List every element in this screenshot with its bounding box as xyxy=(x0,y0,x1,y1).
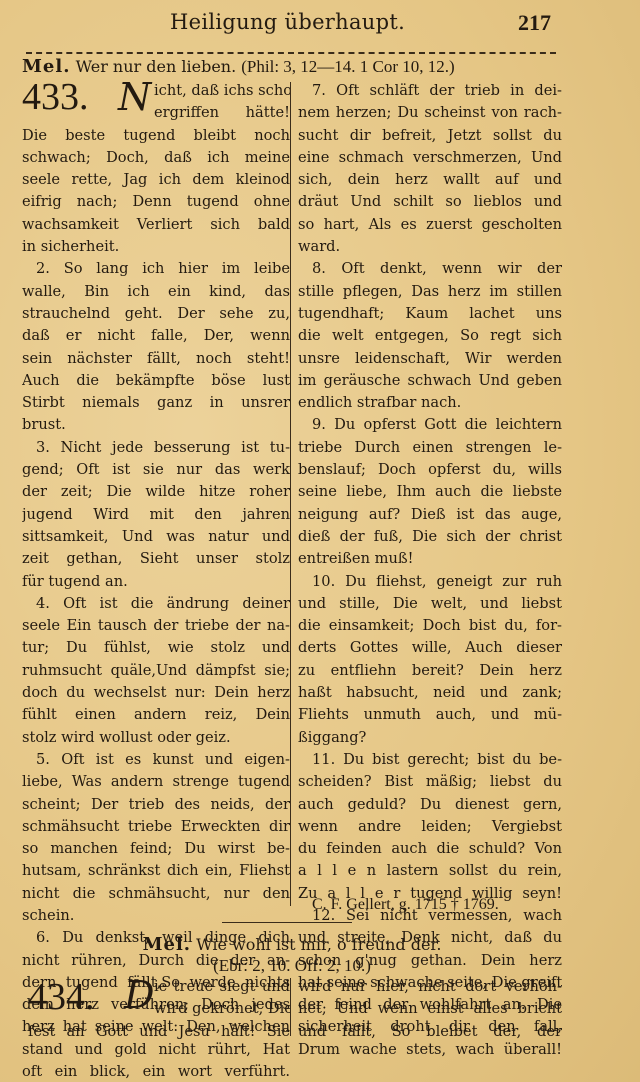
hymn-433-left-column: icht, daß ichs schon ergriffen hätte! Di… xyxy=(22,80,290,1082)
verse-line: 10. Du fliehst, geneigt zur ruh xyxy=(298,571,562,593)
verse-line: ward. xyxy=(298,236,562,258)
verse-line: so hart, Als es zuerst gescholten xyxy=(298,214,562,236)
verse-line: wachsamkeit Verliert sich bald xyxy=(22,214,290,236)
verse-line: ie treue siegt und xyxy=(22,976,290,998)
verse-line: fühlt einen andern reiz, Dein xyxy=(22,704,290,726)
verse-line: schwach; Doch, daß ich meine xyxy=(22,147,290,169)
verse-line: brust. xyxy=(22,414,290,436)
verse-line: nem herzen; Du scheinst von rach- xyxy=(298,102,562,124)
verse-line: daß er nicht falle, Der, wenn xyxy=(22,325,290,347)
verse-line: 4. Oft ist die ändrung deiner xyxy=(22,593,290,615)
scripture-reference: (Ebr: 2, 10. Off: 2, 10.) xyxy=(213,956,371,975)
column-divider-434 xyxy=(290,978,291,1036)
melody-name: Wer nur den lieben. xyxy=(76,57,237,76)
verse-line: jugend Wird mit den jahren xyxy=(22,504,290,526)
section-separator xyxy=(222,922,352,923)
verse-line: 7. Oft schläft der trieb in dei- xyxy=(298,80,562,102)
verse-line: im geräusche schwach Und geben xyxy=(298,370,562,392)
verse-line: eifrig nach; Denn tugend ohne xyxy=(22,191,290,213)
verse-line: schein. xyxy=(22,905,290,927)
verse-line: schmähsucht triebe Erweckten dir xyxy=(22,816,290,838)
verse-line: unsre leidenschaft, Wir werden xyxy=(298,348,562,370)
verse-line: triebe Durch einen strengen le- xyxy=(298,437,562,459)
header-rule xyxy=(26,52,556,54)
verse-line: tur; Du fühlst, wie stolz und xyxy=(22,637,290,659)
verse-line: a l l e n lastern sollst du rein, xyxy=(298,860,562,882)
verse-line: liebe, Was andern strenge tugend xyxy=(22,771,290,793)
verse-line: tugendhaft; Kaum lachet uns xyxy=(298,303,562,325)
melody-label: Mel. xyxy=(22,56,70,77)
hymn-434-right-column: wird nur hier, nicht dort verhöh- net; U… xyxy=(298,976,562,1043)
verse-line: icht, daß ichs schon xyxy=(22,80,290,102)
verse-line: endlich strafbar nach. xyxy=(298,392,562,414)
verse-line: 5. Oft ist es kunst und eigen- xyxy=(22,749,290,771)
verse-line: haßt habsucht, neid und zank; xyxy=(298,682,562,704)
hymn-434-left-column: ie treue siegt und wird gekrönet, Die fe… xyxy=(22,976,290,1043)
verse-line: die welt entgegen, So regt sich xyxy=(298,325,562,347)
verse-line: benslauf; Doch opferst du, wills xyxy=(298,459,562,481)
hymn-433-melody: Mel. Wer nur den lieben. (Phil: 3, 12—14… xyxy=(22,56,455,77)
verse-line: stolz wird wollust oder geiz. xyxy=(22,727,290,749)
verse-line: Fliehts unmuth auch, und mü- xyxy=(298,704,562,726)
hymn-434-melody: Mel. Wie wohl ist mir, o freund der. xyxy=(22,934,562,955)
verse-line: 9. Du opferst Gott die leichtern xyxy=(298,414,562,436)
verse-line: und fällt, So bleibet der, der xyxy=(298,1021,562,1043)
verse-line: hutsam, schränkst dich ein, Fliehst xyxy=(22,860,290,882)
verse-line: entreißen muß! xyxy=(298,548,562,570)
verse-line: die einsamkeit; Doch bist du, for- xyxy=(298,615,562,637)
verse-line: wenn andre leiden; Vergiebst xyxy=(298,816,562,838)
verse-line: wird gekrönet, Die xyxy=(22,998,290,1020)
verse-line: ergriffen hätte! xyxy=(22,102,290,124)
verse-line: doch du wechselst nur: Dein herz xyxy=(22,682,290,704)
verse-line: net; Und wenn einst alles bricht xyxy=(298,998,562,1020)
verse-line: stille pflegen, Das herz im stillen xyxy=(298,281,562,303)
verse-line: der zeit; Die wilde hitze roher xyxy=(22,481,290,503)
verse-line: seine liebe, Ihm auch die liebste xyxy=(298,481,562,503)
verse-line: 3. Nicht jede besserung ist tu- xyxy=(22,437,290,459)
melody-name: Wie wohl ist mir, o freund der. xyxy=(196,935,441,954)
verse-line: oft ein blick, ein wort verführt. xyxy=(22,1061,290,1082)
running-header: Heiligung überhaupt. 217 xyxy=(22,8,562,38)
verse-line: sittsamkeit, Und was natur und xyxy=(22,526,290,548)
verse-line: seele Ein tausch der triebe der na- xyxy=(22,615,290,637)
verse-line: in sicherheit. xyxy=(22,236,290,258)
verse-line: auch geduld? Du dienest gern, xyxy=(298,794,562,816)
hymn-434-scripture: (Ebr: 2, 10. Off: 2, 10.) xyxy=(22,956,562,976)
verse-line: und stille, Die welt, und liebst xyxy=(298,593,562,615)
verse-line: ßiggang? xyxy=(298,727,562,749)
verse-line: zu entfliehn bereit? Dein herz xyxy=(298,660,562,682)
verse-line: 11. Du bist gerecht; bist du be- xyxy=(298,749,562,771)
verse-line: so manchen feind; Du wirst be- xyxy=(22,838,290,860)
section-title: Heiligung überhaupt. xyxy=(170,10,405,34)
verse-line: 2. So lang ich hier im leibe xyxy=(22,258,290,280)
verse-line: scheiden? Bist mäßig; liebst du xyxy=(298,771,562,793)
verse-line: strauchelnd geht. Der sehe zu, xyxy=(22,303,290,325)
verse-line: ruhmsucht quäle,Und dämpfst sie; xyxy=(22,660,290,682)
verse-line: nicht die schmähsucht, nur den xyxy=(22,883,290,905)
column-divider-433 xyxy=(290,82,291,906)
verse-line: dräut Und schilt so lieblos und xyxy=(298,191,562,213)
verse-line: gend; Oft ist sie nur das werk xyxy=(22,459,290,481)
verse-line: scheint; Der trieb des neids, der xyxy=(22,794,290,816)
melody-label: Mel. xyxy=(143,934,191,955)
page-number: 217 xyxy=(518,10,551,36)
verse-line: zeit gethan, Sieht unser stolz xyxy=(22,548,290,570)
verse-line: sein nächster fällt, noch steht! xyxy=(22,348,290,370)
verse-line: sucht dir befreit, Jetzt sollst du xyxy=(298,125,562,147)
verse-line: derts Gottes wille, Auch dieser xyxy=(298,637,562,659)
verse-line: für tugend an. xyxy=(22,571,290,593)
verse-line: wird nur hier, nicht dort verhöh- xyxy=(298,976,562,998)
verse-line: fest an Gott und Jesu hält! Sie xyxy=(22,1021,290,1043)
verse-line: dieß der fuß, Die sich der christ xyxy=(298,526,562,548)
verse-line: Auch die bekämpfte böse lust xyxy=(22,370,290,392)
verse-line: seele rette, Jag ich dem kleinod xyxy=(22,169,290,191)
verse-line: Stirbt niemals ganz in unsrer xyxy=(22,392,290,414)
verse-line: 8. Oft denkt, wenn wir der xyxy=(298,258,562,280)
verse-line: neigung auf? Dieß ist das auge, xyxy=(298,504,562,526)
verse-line: Die beste tugend bleibt noch xyxy=(22,125,290,147)
scripture-reference: (Phil: 3, 12—14. 1 Cor 10, 12.) xyxy=(241,57,454,76)
verse-line: du feinden auch die schuld? Von xyxy=(298,838,562,860)
verse-line: sich, dein herz wallt auf und xyxy=(298,169,562,191)
hymn-433-author: C. F. Gellert, g. 1715 † 1769. xyxy=(312,896,499,914)
verse-line: eine schmach verschmerzen, Und xyxy=(298,147,562,169)
verse-line: walle, Bin ich ein kind, das xyxy=(22,281,290,303)
